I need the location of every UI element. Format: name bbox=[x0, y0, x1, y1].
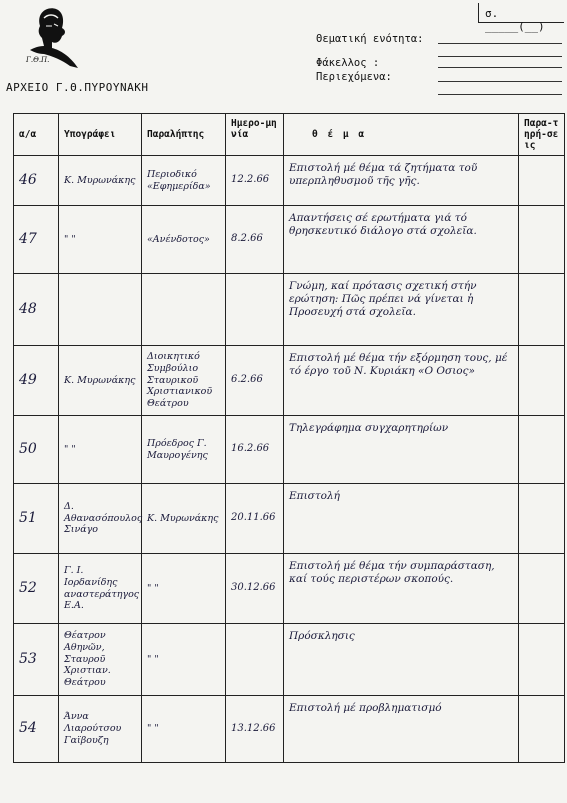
cell-subject: Γνώμη, καί πρότασις σχετική στήν ερώτηση… bbox=[284, 274, 519, 346]
cell-signer: Άννα Λιαρούτσου Γαϊβουζη bbox=[59, 696, 142, 763]
table-row: 46Κ. ΜυρωνάκηςΠεριοδικό «Εφημερίδα»12.2.… bbox=[14, 156, 565, 206]
cell-remarks bbox=[519, 484, 565, 554]
cell-subject: Επιστολή bbox=[284, 484, 519, 554]
cell-date: 8.2.66 bbox=[226, 206, 284, 274]
cell-signer: Κ. Μυρωνάκης bbox=[59, 346, 142, 416]
table-header-row: α/α Υπογράφει Παραλήπτης Ημερο-μηνία θ έ… bbox=[14, 114, 565, 156]
cell-recipient: Περιοδικό «Εφημερίδα» bbox=[142, 156, 226, 206]
archive-title: ΑΡΧΕΙΟ Γ.Θ.ΠΥΡΟΥΝΑΚΗ bbox=[6, 81, 148, 94]
cell-recipient: «Ανένδοτος» bbox=[142, 206, 226, 274]
cell-row-number: 54 bbox=[14, 696, 59, 763]
cell-remarks bbox=[519, 624, 565, 696]
cell-row-number: 52 bbox=[14, 554, 59, 624]
portrait-sketch-icon: Γ.Θ.Π. bbox=[22, 4, 84, 72]
cell-row-number: 49 bbox=[14, 346, 59, 416]
field-thematic-unit-label: Θεματική ενότητα: bbox=[316, 33, 423, 45]
col-header-recipient: Παραλήπτης bbox=[142, 114, 226, 156]
cell-date: 30.12.66 bbox=[226, 554, 284, 624]
field-thematic-unit-line[interactable] bbox=[438, 43, 562, 44]
cell-row-number: 47 bbox=[14, 206, 59, 274]
cell-date: 6.2.66 bbox=[226, 346, 284, 416]
table-row: 54Άννα Λιαρούτσου Γαϊβουζη" "13.12.66Επι… bbox=[14, 696, 565, 763]
cell-signer bbox=[59, 274, 142, 346]
cell-date: 16.2.66 bbox=[226, 416, 284, 484]
table-row: 49Κ. ΜυρωνάκηςΔιοικητικό Συμβούλιο Σταυρ… bbox=[14, 346, 565, 416]
cell-row-number: 48 bbox=[14, 274, 59, 346]
table-row: 52Γ. Ι. Ιορδανίδης αναστεράτηγος Ε.Α." "… bbox=[14, 554, 565, 624]
col-header-remarks: Παρα-τηρή-σεις bbox=[519, 114, 565, 156]
cell-row-number: 50 bbox=[14, 416, 59, 484]
correspondence-table: α/α Υπογράφει Παραλήπτης Ημερο-μηνία θ έ… bbox=[13, 113, 565, 763]
cell-date bbox=[226, 624, 284, 696]
cell-date: 12.2.66 bbox=[226, 156, 284, 206]
cell-remarks bbox=[519, 206, 565, 274]
col-header-number: α/α bbox=[14, 114, 59, 156]
cell-row-number: 51 bbox=[14, 484, 59, 554]
portrait-signature: Γ.Θ.Π. bbox=[25, 56, 49, 64]
table-row: 47" "«Ανένδοτος»8.2.66Απαντήσεις σέ ερωτ… bbox=[14, 206, 565, 274]
col-header-subject: θ έ μ α bbox=[284, 114, 519, 156]
cell-remarks bbox=[519, 346, 565, 416]
cell-recipient bbox=[142, 274, 226, 346]
table-row: 50" "Πρόεδρος Γ. Μαυρογένης16.2.66Τηλεγρ… bbox=[14, 416, 565, 484]
cell-recipient: " " bbox=[142, 696, 226, 763]
cell-remarks bbox=[519, 416, 565, 484]
cell-row-number: 46 bbox=[14, 156, 59, 206]
cell-subject: Πρόσκλησις bbox=[284, 624, 519, 696]
field-folder-label: Φάκελλος : bbox=[316, 57, 379, 69]
cell-subject: Επιστολή μέ θέμα τά ζητήματα τοῦ υπερπλη… bbox=[284, 156, 519, 206]
cell-remarks bbox=[519, 274, 565, 346]
cell-remarks bbox=[519, 696, 565, 763]
cell-recipient: Πρόεδρος Γ. Μαυρογένης bbox=[142, 416, 226, 484]
cell-signer: Κ. Μυρωνάκης bbox=[59, 156, 142, 206]
table-row: 48Γνώμη, καί πρότασις σχετική στήν ερώτη… bbox=[14, 274, 565, 346]
col-header-signer: Υπογράφει bbox=[59, 114, 142, 156]
cell-recipient: Κ. Μυρωνάκης bbox=[142, 484, 226, 554]
cell-recipient: " " bbox=[142, 554, 226, 624]
cell-subject: Επιστολή μέ θέμα τήν εξόρμηση τους, μέ τ… bbox=[284, 346, 519, 416]
cell-date bbox=[226, 274, 284, 346]
cell-signer: Θέατρον Αθηνῶν, Σταυροῦ Χριστιαν. Θεάτρο… bbox=[59, 624, 142, 696]
cell-row-number: 53 bbox=[14, 624, 59, 696]
field-folder-line[interactable] bbox=[438, 67, 562, 68]
cell-remarks bbox=[519, 554, 565, 624]
table-row: 51Δ. Αθανασόπουλος ΣινάγοΚ. Μυρωνάκης20.… bbox=[14, 484, 565, 554]
cell-signer: " " bbox=[59, 416, 142, 484]
field-contents-line[interactable] bbox=[438, 81, 562, 82]
field-contents-label: Περιεχόμενα: bbox=[316, 71, 392, 83]
cell-subject: Επιστολή μέ προβληματισμό bbox=[284, 696, 519, 763]
cell-subject: Επιστολή μέ θέμα τήν συμπαράσταση, καί τ… bbox=[284, 554, 519, 624]
cell-signer: Γ. Ι. Ιορδανίδης αναστεράτηγος Ε.Α. bbox=[59, 554, 142, 624]
col-header-date: Ημερο-μηνία bbox=[226, 114, 284, 156]
cell-signer: " " bbox=[59, 206, 142, 274]
cell-signer: Δ. Αθανασόπουλος Σινάγο bbox=[59, 484, 142, 554]
field-line-5[interactable] bbox=[438, 94, 562, 95]
cell-remarks bbox=[519, 156, 565, 206]
table-row: 53Θέατρον Αθηνῶν, Σταυροῦ Χριστιαν. Θεάτ… bbox=[14, 624, 565, 696]
cell-date: 13.12.66 bbox=[226, 696, 284, 763]
reference-number-box: σ. _____(__) bbox=[478, 3, 564, 23]
cell-date: 20.11.66 bbox=[226, 484, 284, 554]
cell-subject: Απαντήσεις σέ ερωτήματα γιά τό θρησκευτι… bbox=[284, 206, 519, 274]
field-line-2[interactable] bbox=[438, 56, 562, 57]
cell-subject: Τηλεγράφημα συγχαρητηρίων bbox=[284, 416, 519, 484]
cell-recipient: " " bbox=[142, 624, 226, 696]
cell-recipient: Διοικητικό Συμβούλιο Σταυρικοῦ Χριστιανι… bbox=[142, 346, 226, 416]
